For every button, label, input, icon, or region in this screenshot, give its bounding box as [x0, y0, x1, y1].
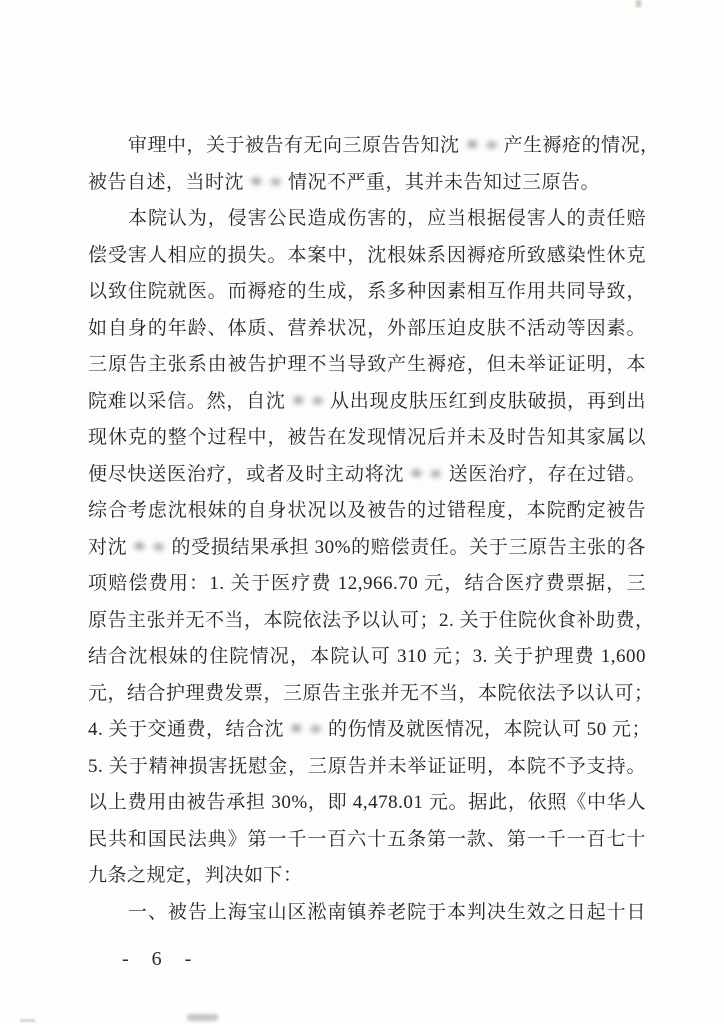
text-segment: 4. 关于交通费，结合沈 [88, 719, 284, 740]
text-segment: 本院认为，侵害公民造成伤害的，应当根据侵害人的责任赔 [128, 208, 646, 229]
text-line: 三原告主张系由被告护理不当导致产生褥疮，但未举证证明，本 [88, 347, 646, 384]
redacted-name [460, 135, 504, 154]
redacted-name [127, 537, 171, 556]
text-line: 结合沈根妹的住院情况，本院认可 310 元；3. 关于护理费 1,600 [88, 639, 646, 676]
text-segment: 产生褥疮的情况， [504, 135, 660, 156]
redacted-name [244, 172, 288, 191]
text-line: 对沈的受损结果承担 30%的赔偿责任。关于三原告主张的各 [88, 530, 646, 567]
text-line: 综合考虑沈根妹的自身状况以及被告的过错程度，本院酌定被告 [88, 493, 646, 530]
text-segment: 从出现皮肤压红到皮肤破损，再到出 [330, 391, 646, 412]
text-line: 以致住院就医。而褥疮的生成，系多种因素相互作用共同导致， [88, 274, 646, 311]
text-segment: 的伤情及就医情况，本院认可 50 元； [328, 719, 651, 740]
document-page: 审理中，关于被告有无向三原告告知沈产生褥疮的情况，被告自述，当时沈情况不严重，其… [0, 0, 724, 1024]
text-segment: 审理中，关于被告有无向三原告告知沈 [128, 135, 460, 156]
text-line: 一、被告上海宝山区淞南镇养老院于本判决生效之日起十日 [88, 895, 646, 932]
text-line: 审理中，关于被告有无向三原告告知沈产生褥疮的情况， [88, 128, 646, 165]
text-line: 元，结合护理费发票，三原告主张并无不当，本院依法予以认可； [88, 676, 646, 713]
text-segment: 结合沈根妹的住院情况，本院认可 310 元；3. 关于护理费 1,600 [88, 646, 646, 667]
text-line: 本院认为，侵害公民造成伤害的，应当根据侵害人的责任赔 [88, 201, 646, 238]
judgment-text-block: 审理中，关于被告有无向三原告告知沈产生褥疮的情况，被告自述，当时沈情况不严重，其… [88, 128, 646, 931]
text-segment: 一、被告上海宝山区淞南镇养老院于本判决生效之日起十日 [128, 902, 646, 923]
text-segment: 原告主张并无不当，本院依法予以认可；2. 关于住院伙食补助费， [88, 610, 655, 631]
redacted-name [284, 719, 328, 738]
text-segment: 被告自述，当时沈 [88, 172, 244, 193]
text-line: 项赔偿费用：1. 关于医疗费 12,966.70 元，结合医疗费票据，三 [88, 566, 646, 603]
text-segment: 现休克的整个过程中，被告在发现情况后并未及时告知其家属以 [88, 427, 646, 448]
text-segment: 对沈 [88, 537, 127, 558]
text-segment: 的受损结果承担 30%的赔偿责任。关于三原告主张的各 [171, 537, 646, 558]
redacted-name [404, 464, 448, 483]
text-segment: 以致住院就医。而褥疮的生成，系多种因素相互作用共同导致， [88, 281, 646, 302]
text-line: 民共和国民法典》第一千一百六十五条第一款、第一千一百七十 [88, 822, 646, 859]
text-line: 便尽快送医治疗，或者及时主动将沈送医治疗，存在过错。 [88, 457, 646, 494]
text-line: 原告主张并无不当，本院依法予以认可；2. 关于住院伙食补助费， [88, 603, 646, 640]
text-segment: 院难以采信。然，自沈 [88, 391, 286, 412]
page-number: - 6 - [122, 948, 200, 971]
text-segment: 如自身的年龄、体质、营养状况，外部压迫皮肤不活动等因素。 [88, 318, 646, 339]
text-line: 5. 关于精神损害抚慰金，三原告并未举证证明，本院不予支持。 [88, 749, 646, 786]
text-segment: 5. 关于精神损害抚慰金，三原告并未举证证明，本院不予支持。 [88, 756, 646, 777]
text-segment: 九条之规定，判决如下： [88, 865, 303, 886]
text-line: 九条之规定，判决如下： [88, 858, 646, 895]
scan-artifact-bottom-center [187, 1014, 218, 1021]
text-line: 如自身的年龄、体质、营养状况，外部压迫皮肤不活动等因素。 [88, 311, 646, 348]
text-segment: 民共和国民法典》第一千一百六十五条第一款、第一千一百七十 [88, 829, 646, 850]
redacted-name [286, 391, 330, 410]
text-line: 被告自述，当时沈情况不严重，其并未告知过三原告。 [88, 165, 646, 202]
text-segment: 情况不严重，其并未告知过三原告。 [288, 172, 600, 193]
text-segment: 便尽快送医治疗，或者及时主动将沈 [88, 464, 404, 485]
text-line: 以上费用由被告承担 30%，即 4,478.01 元。据此，依照《中华人 [88, 785, 646, 822]
text-line: 偿受害人相应的损失。本案中，沈根妹系因褥疮所致感染性休克 [88, 238, 646, 275]
text-segment: 送医治疗，存在过错。 [448, 464, 646, 485]
text-segment: 偿受害人相应的损失。本案中，沈根妹系因褥疮所致感染性休克 [88, 245, 646, 266]
text-segment: 项赔偿费用：1. 关于医疗费 12,966.70 元，结合医疗费票据，三 [88, 573, 646, 594]
text-segment: 元，结合护理费发票，三原告主张并无不当，本院依法予以认可； [88, 683, 654, 704]
text-segment: 以上费用由被告承担 30%，即 4,478.01 元。据此，依照《中华人 [88, 792, 646, 813]
text-segment: 综合考虑沈根妹的自身状况以及被告的过错程度，本院酌定被告 [88, 500, 646, 521]
text-segment: 三原告主张系由被告护理不当导致产生褥疮，但未举证证明，本 [88, 354, 646, 375]
text-line: 院难以采信。然，自沈从出现皮肤压红到皮肤破损，再到出 [88, 384, 646, 421]
text-line: 现休克的整个过程中，被告在发现情况后并未及时告知其家属以 [88, 420, 646, 457]
scan-artifact-top-right [636, 0, 641, 7]
text-line: 4. 关于交通费，结合沈的伤情及就医情况，本院认可 50 元； [88, 712, 646, 749]
scan-artifact-bottom-left [20, 1019, 35, 1022]
